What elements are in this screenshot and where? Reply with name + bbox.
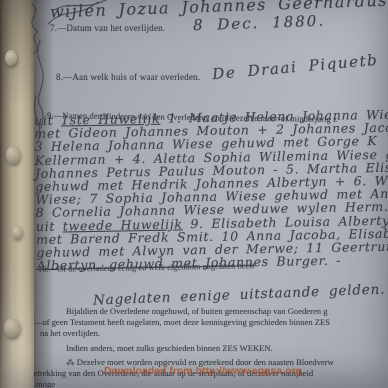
footer-line: Indien anders, moet zulks geschieden bin… [40, 343, 388, 354]
field8-place-of-death-handwriting: De Draai Piquetb [212, 51, 380, 83]
footer-line: Bijaldien de Overledene ongehuwd, of bui… [40, 306, 388, 317]
page-edge-bump [12, 226, 22, 239]
footer-line: moge [36, 379, 388, 388]
death-notice-register-page: wijlen Jozua Johannes Geerhardus Al 7.—D… [0, 0, 388, 388]
field7-death-date-handwriting: 8 Dec. 1880. [193, 12, 326, 35]
footer-line: is—of geen Testament heeft nagelaten, mo… [28, 317, 388, 328]
monies-note-handwriting: Nagelaten eenige uitstaande gelden. [93, 281, 386, 308]
footer-line: na het overlijden. [40, 328, 388, 339]
margin-ink-scribbles [14, 0, 124, 190]
eggsa-watermark: Downloaded from http://www.eggsa.org [104, 365, 302, 377]
page-edge-bump [4, 318, 20, 338]
